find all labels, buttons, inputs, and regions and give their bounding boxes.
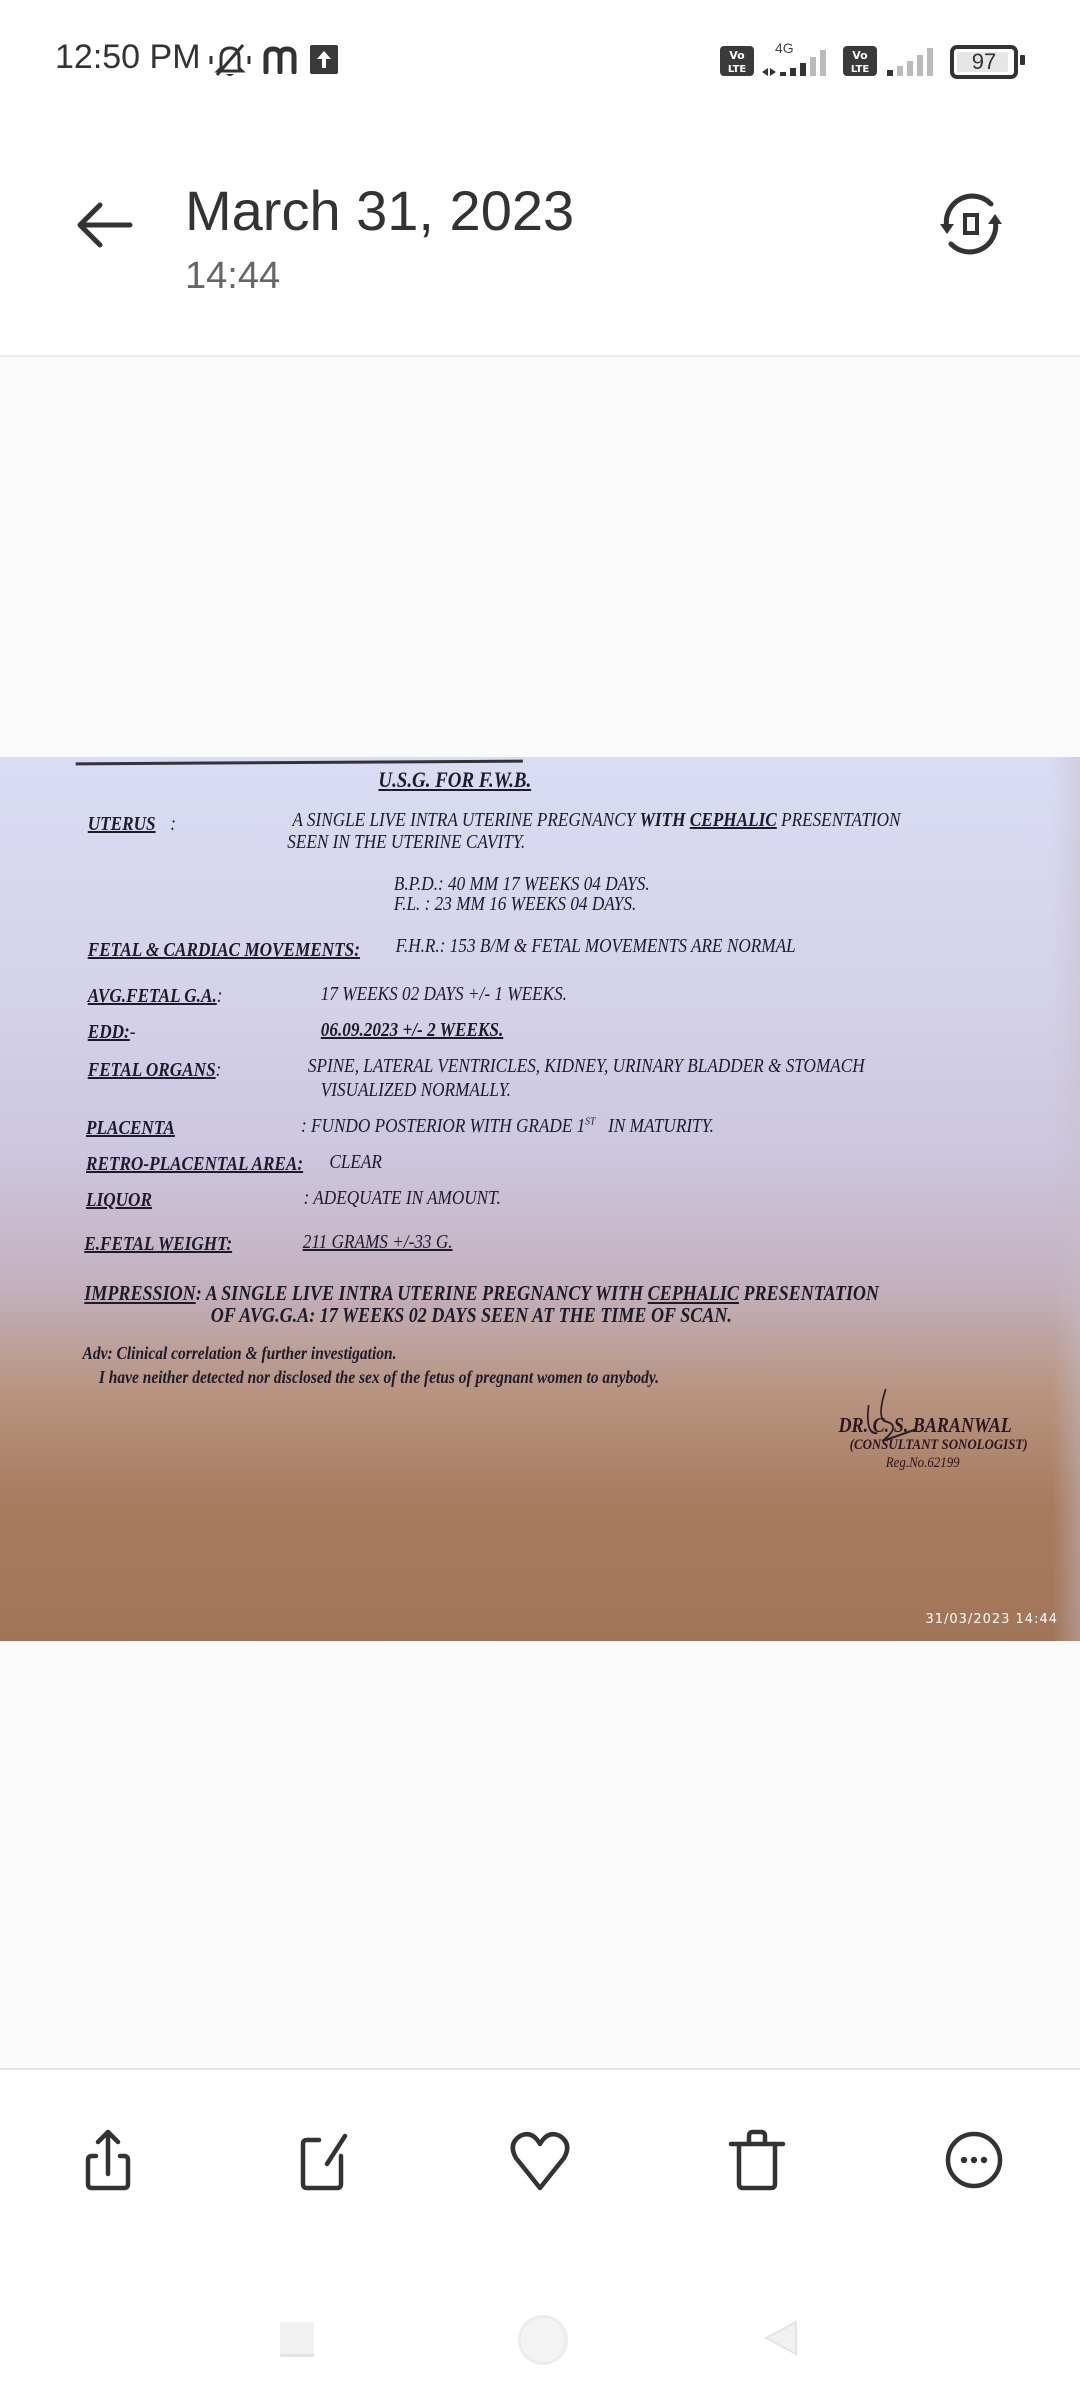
battery-icon: 97	[950, 45, 1018, 79]
svg-text:Vo: Vo	[852, 49, 868, 62]
edd-value: 06.09.2023 +/- 2 WEEKS.	[321, 1019, 503, 1042]
uterus-line1: A SINGLE LIVE INTRA UTERINE PREGNANCY WI…	[292, 809, 900, 832]
placenta-label: PLACENTA	[86, 1117, 175, 1140]
photo-viewer[interactable]: U.S.G. FOR F.W.B. UTERUS : A SINGLE LIVE…	[0, 357, 1080, 2067]
doctor-title: (CONSULTANT SONOLOGIST)	[850, 1437, 1028, 1454]
ultrasound-report: U.S.G. FOR F.W.B. UTERUS : A SINGLE LIVE…	[0, 757, 929, 1641]
svg-text:LTE: LTE	[851, 64, 870, 75]
system-nav-bar	[0, 2270, 1080, 2400]
status-bar: 12:50 PM Vo LTE 4G Vo LTE 97	[0, 0, 1080, 120]
signal-icon	[885, 44, 935, 78]
uterus-label: UTERUS	[88, 813, 156, 836]
uterus-colon: :	[170, 813, 176, 836]
photo-header: March 31, 2023 14:44	[0, 120, 1080, 357]
advice-text: Adv: Clinical correlation & further inve…	[83, 1343, 397, 1364]
header-rule	[76, 760, 523, 766]
ga-value: 17 WEEKS 02 DAYS +/- 1 WEEKS.	[321, 983, 567, 1006]
photo-time: 14:44	[185, 255, 280, 298]
organs-line2: VISUALIZED NORMALLY.	[321, 1079, 511, 1102]
share-button[interactable]	[68, 2120, 148, 2200]
reg-number: Reg.No.62199	[886, 1455, 960, 1472]
organs-row: FETAL ORGANS:	[88, 1059, 222, 1082]
favorite-button[interactable]	[500, 2120, 580, 2200]
arrow-left-icon	[80, 205, 130, 245]
rotate-screen-icon	[940, 196, 1002, 252]
report-heading: U.S.G. FOR F.W.B.	[378, 767, 531, 793]
photo-action-toolbar	[0, 2068, 1080, 2270]
rotate-screen-button[interactable]	[935, 188, 1007, 260]
organs-line1: SPINE, LATERAL VENTRICLES, KIDNEY, URINA…	[308, 1055, 865, 1078]
nav-back-button[interactable]	[760, 2318, 800, 2358]
trash-icon	[731, 2132, 783, 2188]
doctor-name: DR. C. S. BARANWAL	[839, 1413, 1012, 1438]
edit-button[interactable]	[283, 2120, 363, 2200]
recents-button[interactable]	[280, 2322, 314, 2357]
signal-4g-icon	[760, 44, 836, 78]
uterus-line2: SEEN IN THE UTERINE CAVITY.	[287, 831, 525, 854]
ga-row: AVG.FETAL G.A.:	[88, 985, 223, 1008]
svg-text:LTE: LTE	[728, 64, 747, 75]
edit-icon	[303, 2136, 345, 2188]
retro-value: CLEAR	[329, 1151, 382, 1174]
back-button[interactable]	[72, 190, 142, 260]
status-time: 12:50 PM	[55, 38, 201, 77]
m-app-icon	[262, 44, 298, 74]
more-button[interactable]	[934, 2120, 1014, 2200]
declaration-text: I have neither detected nor disclosed th…	[99, 1367, 659, 1388]
edd-row: EDD:-	[88, 1021, 136, 1044]
battery-level: 97	[954, 49, 1014, 75]
upload-icon	[310, 45, 338, 74]
weight-value: 211 GRAMS +/-33 G.	[303, 1231, 453, 1254]
share-icon	[88, 2132, 128, 2188]
retro-label: RETRO-PLACENTAL AREA:	[86, 1153, 303, 1176]
fcm-value: F.H.R.: 153 B/M & FETAL MOVEMENTS ARE NO…	[396, 935, 796, 958]
home-button[interactable]	[518, 2315, 568, 2365]
back-icon	[766, 2322, 796, 2354]
liquor-value: : ADEQUATE IN AMOUNT.	[304, 1187, 501, 1210]
delete-button[interactable]	[717, 2120, 797, 2200]
photo-timestamp: 31/03/2023 14:44	[925, 1612, 1058, 1627]
heart-icon	[513, 2134, 567, 2188]
photo-date-title: March 31, 2023	[185, 178, 574, 243]
vibrate-silent-icon	[207, 40, 253, 80]
fcm-label: FETAL & CARDIAC MOVEMENTS:	[88, 939, 360, 962]
fl-value: F.L. : 23 MM 16 WEEKS 04 DAYS.	[394, 893, 636, 916]
svg-text:Vo: Vo	[729, 49, 745, 62]
volte-icon-2: Vo LTE	[843, 46, 877, 76]
impression-line2: OF AVG.G.A: 17 WEEKS 02 DAYS SEEN AT THE…	[211, 1303, 732, 1328]
weight-label: E.FETAL WEIGHT:	[84, 1233, 232, 1256]
placenta-value: : FUNDO POSTERIOR WITH GRADE 1ST IN MATU…	[301, 1115, 714, 1138]
more-icon	[948, 2134, 1000, 2186]
volte-icon: Vo LTE	[720, 46, 754, 76]
report-photo[interactable]: U.S.G. FOR F.W.B. UTERUS : A SINGLE LIVE…	[0, 757, 1080, 1641]
liquor-label: LIQUOR	[86, 1189, 152, 1212]
